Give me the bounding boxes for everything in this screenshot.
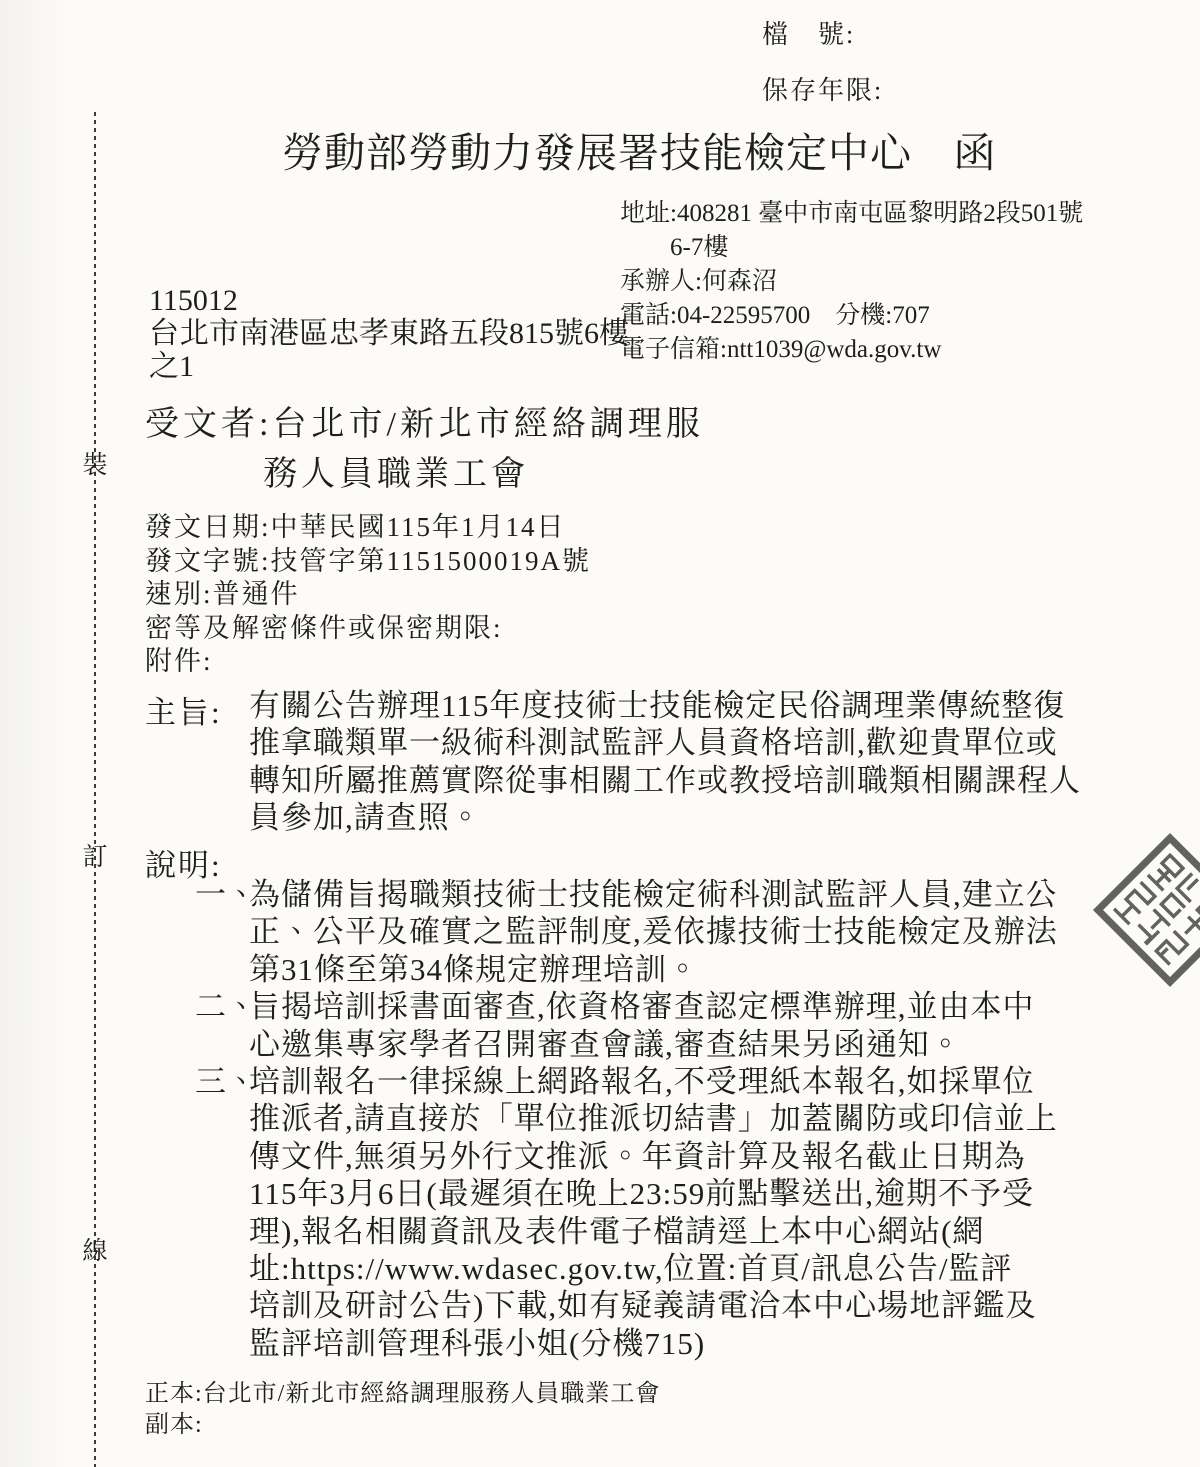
explanation-item: 三、 培訓報名一律採線上網路報名,不受理紙本報名,如採單位推派者,請直接於「單位… (195, 1063, 1058, 1362)
recipient-address-line2: 之1 (149, 350, 629, 383)
text-line: 培訓及研討公告)下載,如有疑義請電洽本中心場地評鑑及 (249, 1287, 1058, 1324)
seal-pattern (1091, 831, 1200, 989)
text-line: 推派者,請直接於「單位推派切結書」加蓋關防或印信並上 (249, 1100, 1058, 1137)
item-content: 為儲備旨揭職類技術士技能檢定術科測試監評人員,建立公正、公平及確實之監評制度,爰… (249, 876, 1058, 988)
binding-mark: 訂 (77, 844, 113, 871)
binding-mark: 裝 (77, 452, 113, 479)
item-marker: 一、 (195, 876, 249, 988)
dispatch-meta: 發文日期:中華民國115年1月14日發文字號:技管字第1151500019A號速… (145, 511, 591, 679)
text-line: 推拿職類單一級術科測試監評人員資格培訓,歡迎貴單位或 (249, 724, 1081, 761)
text-line: 密等及解密條件或保密期限: (145, 612, 591, 646)
document-title: 勞動部勞動力發展署技能檢定中心 函 (282, 120, 996, 179)
file-number-label: 檔 號: (762, 14, 855, 51)
sender-info: 地址:408281 臺中市南屯區黎明路2段501號 6-7樓 承辦人:何森沼 電… (620, 197, 1083, 367)
sender-address-line2: 6-7樓 (620, 231, 1083, 265)
text-line: 轉知所屬推薦實際從事相關工作或教授培訓職類相關課程人 (249, 762, 1081, 799)
original-copy-line: 正本:台北市/新北市經絡調理服務人員職業工會 (145, 1379, 660, 1410)
carbon-copy-line: 副本: (145, 1410, 660, 1441)
sender-contact-person: 承辦人:何森沼 (620, 265, 1083, 299)
explanation-item: 二、 旨揭培訓採書面審查,依資格審查認定標準辦理,並由本中心邀集專家學者召開審查… (195, 988, 1058, 1063)
text-line: 培訓報名一律採線上網路報名,不受理紙本報名,如採單位 (249, 1063, 1058, 1100)
sender-address-line1: 地址:408281 臺中市南屯區黎明路2段501號 (620, 197, 1083, 231)
text-line: 有關公告辦理115年度技術士技能檢定民俗調理業傳統整復 (249, 687, 1081, 724)
text-line: 傳文件,無須另外行文推派。年資計算及報名截止日期為 (249, 1138, 1058, 1175)
recipient-address-block: 115012 台北市南港區忠孝東路五段815號6樓 之1 (149, 284, 629, 383)
text-line: 員參加,請查照。 (249, 799, 1081, 836)
binding-mark: 線 (77, 1238, 113, 1265)
item-content: 旨揭培訓採書面審查,依資格審查認定標準辦理,並由本中心邀集專家學者召開審查會議,… (249, 988, 1035, 1063)
recipient-name-line1: 受文者:台北市/新北市經絡調理服 (145, 400, 704, 450)
text-line: 第31條至第34條規定辦理培訓。 (249, 951, 1058, 988)
text-line: 旨揭培訓採書面審查,依資格審查認定標準辦理,並由本中 (249, 988, 1035, 1025)
text-line: 速別:普通件 (145, 578, 591, 612)
recipient-name-line2: 務人員職業工會 (263, 450, 704, 500)
item-marker: 二、 (195, 988, 249, 1063)
subject-content: 有關公告辦理115年度技術士技能檢定民俗調理業傳統整復推拿職類單一級術科測試監評… (249, 687, 1081, 837)
item-content: 培訓報名一律採線上網路報名,不受理紙本報名,如採單位推派者,請直接於「單位推派切… (249, 1063, 1058, 1362)
recipient-zip-code: 115012 (149, 284, 629, 317)
text-line: 附件: (145, 645, 591, 679)
text-line: 監評培訓管理科張小姐(分機715) (249, 1325, 1058, 1362)
text-line: 發文日期:中華民國115年1月14日 (145, 511, 591, 545)
text-line: 正、公平及確實之監評制度,爰依據技術士技能檢定及辦法 (249, 913, 1058, 950)
subject-label: 主旨: (145, 687, 222, 732)
text-line: 理),報名相關資訊及表件電子檔請逕上本中心網站(網 (249, 1213, 1058, 1250)
text-line: 為儲備旨揭職類技術士技能檢定術科測試監評人員,建立公 (249, 876, 1058, 913)
retention-label: 保存年限: (762, 70, 883, 107)
recipient-name-block: 受文者:台北市/新北市經絡調理服 務人員職業工會 (145, 400, 704, 500)
sender-phone: 電話:04-22595700 分機:707 (620, 299, 1083, 333)
recipient-address-line1: 台北市南港區忠孝東路五段815號6樓 (149, 317, 629, 350)
copies-info: 正本:台北市/新北市經絡調理服務人員職業工會 副本: (145, 1379, 660, 1441)
explanation-item: 一、 為儲備旨揭職類技術士技能檢定術科測試監評人員,建立公正、公平及確實之監評制… (195, 876, 1058, 988)
text-line: 發文字號:技管字第1151500019A號 (145, 545, 591, 579)
sender-email: 電子信箱:ntt1039@wda.gov.tw (620, 333, 1083, 367)
official-seal-stamp (1091, 831, 1200, 989)
text-line: 址:https://www.wdasec.gov.tw,位置:首頁/訊息公告/監… (249, 1250, 1058, 1287)
document-page: 裝 訂 線 檔 號: 保存年限: 勞動部勞動力發展署技能檢定中心 函 地址:40… (0, 0, 1200, 1467)
text-line: 心邀集專家學者召開審查會議,審查結果另函通知。 (249, 1026, 1035, 1063)
item-marker: 三、 (195, 1063, 249, 1362)
explanation-items: 一、 為儲備旨揭職類技術士技能檢定術科測試監評人員,建立公正、公平及確實之監評制… (195, 876, 1058, 1362)
text-line: 115年3月6日(最遲須在晚上23:59前點擊送出,逾期不予受 (249, 1175, 1058, 1212)
